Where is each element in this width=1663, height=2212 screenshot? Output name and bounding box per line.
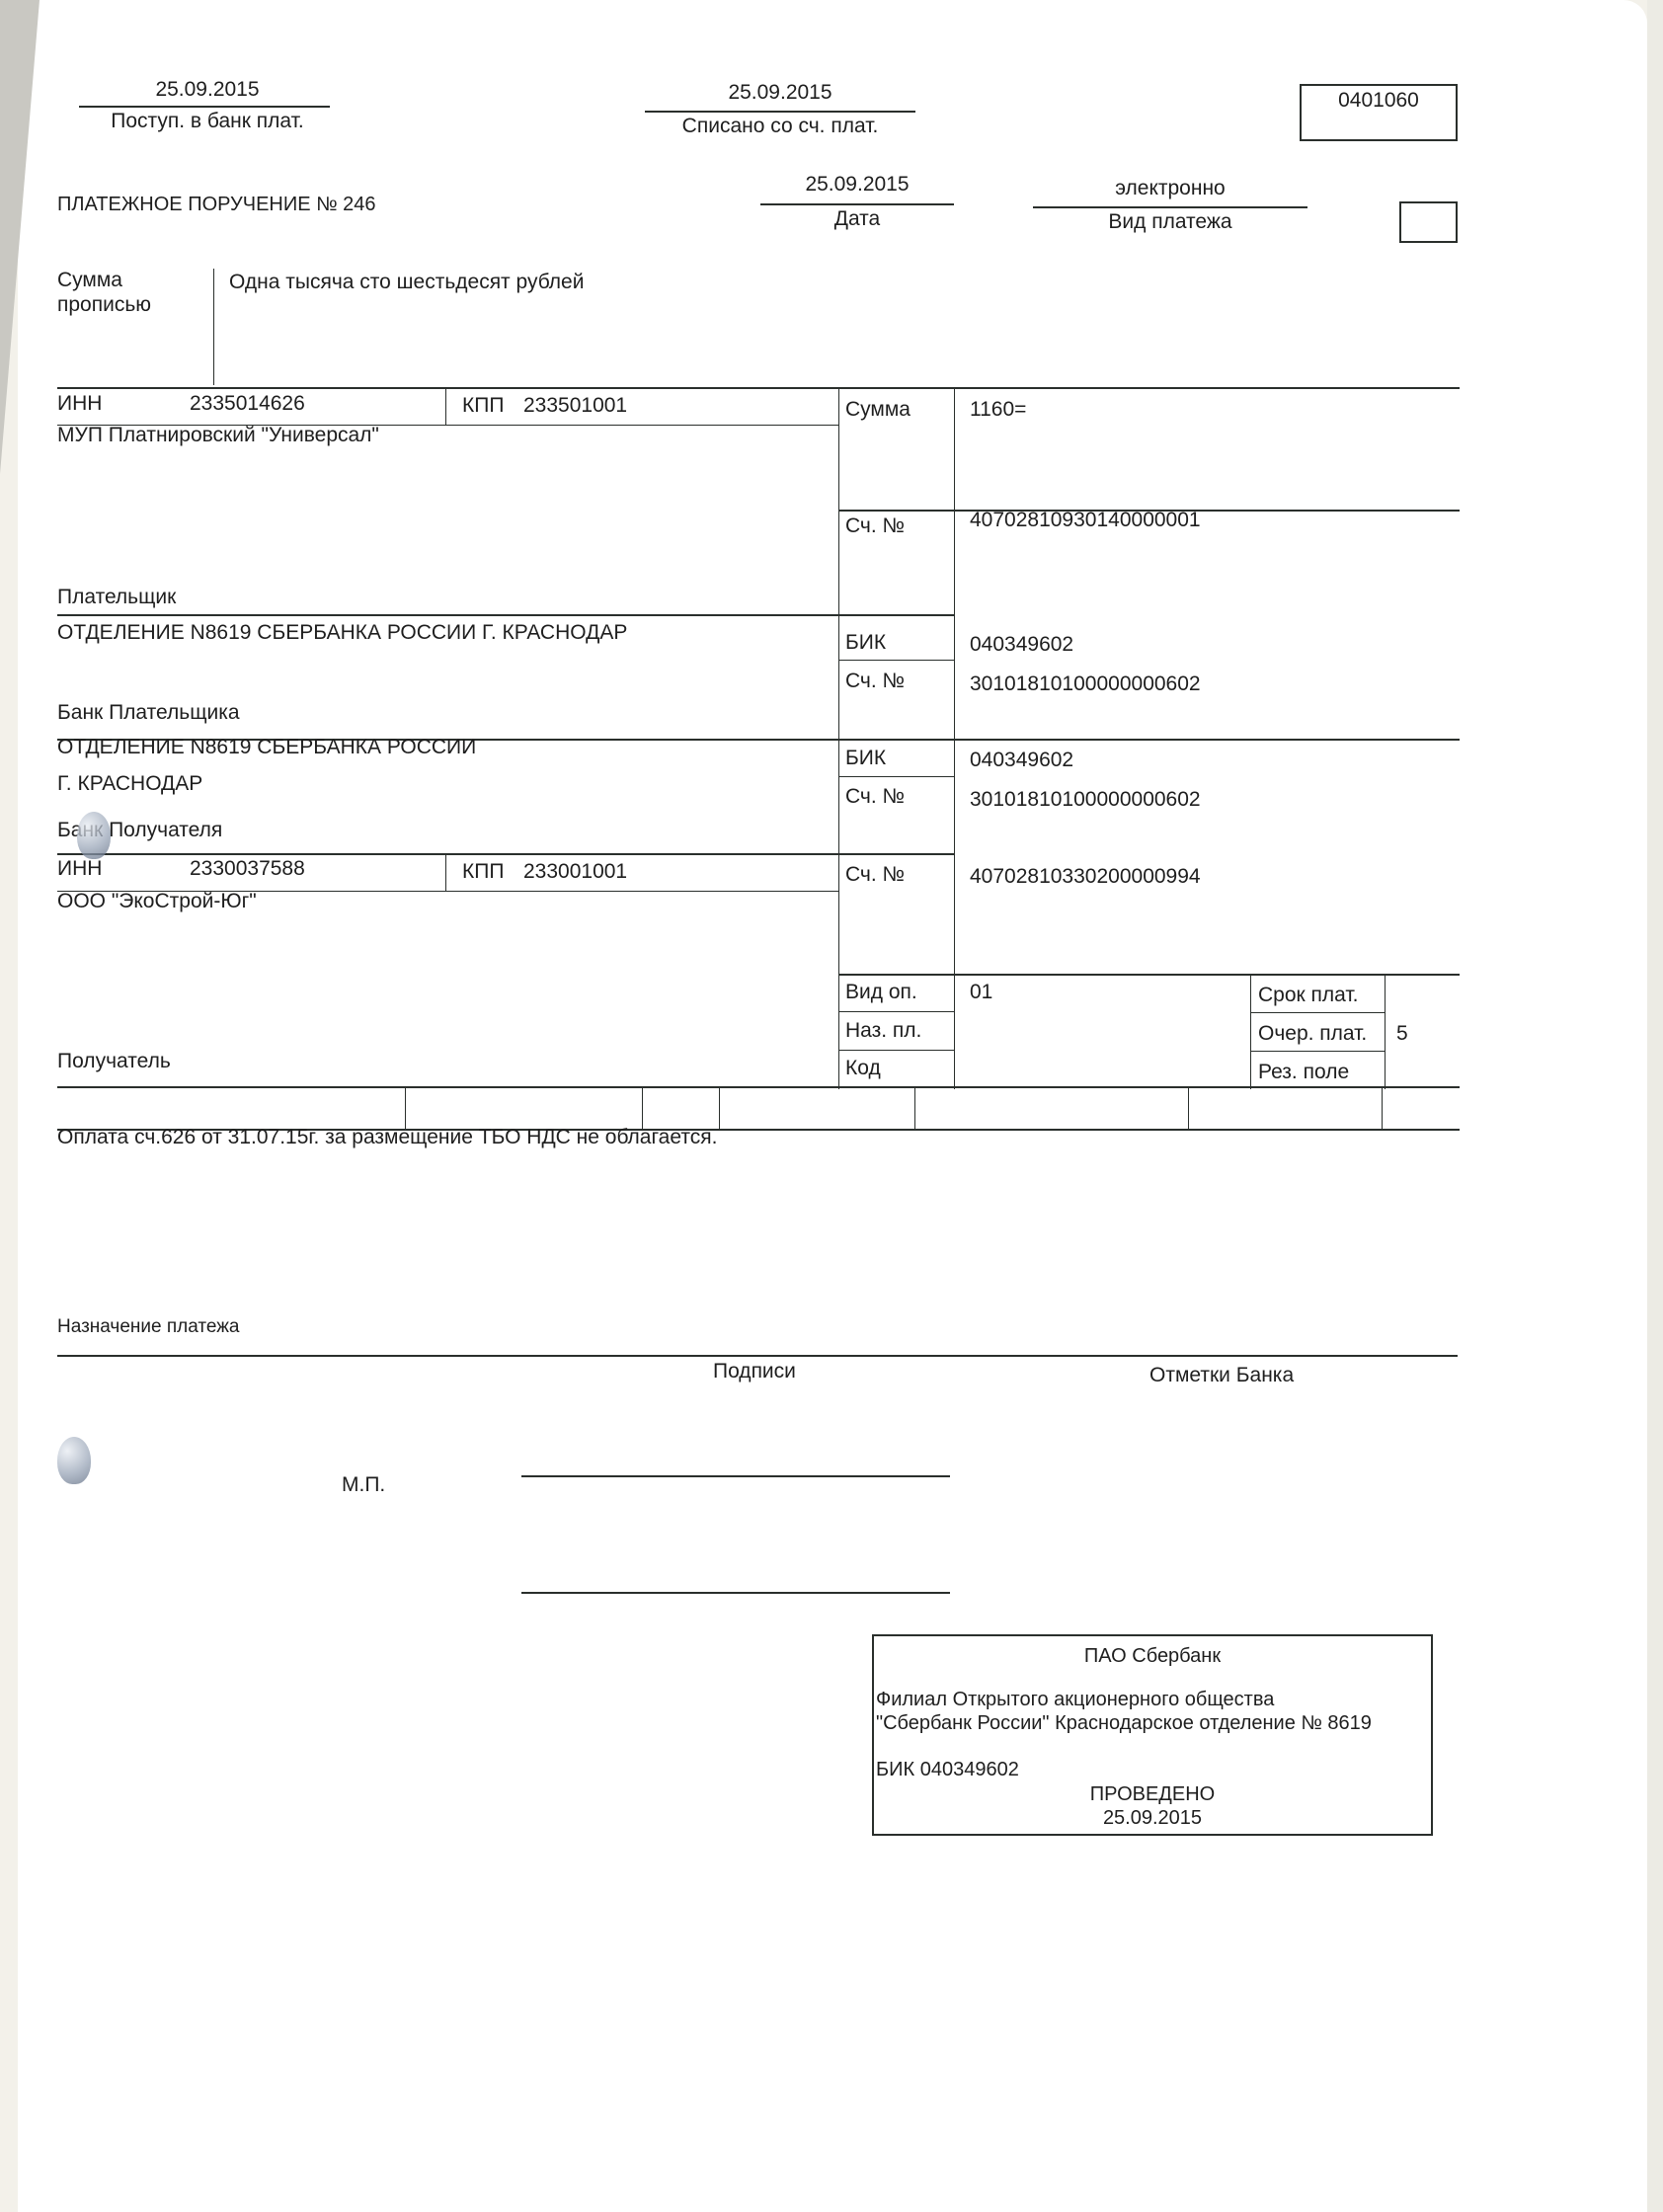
stamp-bank: ПАО Сбербанк bbox=[874, 1646, 1431, 1666]
grid-line bbox=[1382, 1087, 1383, 1129]
payee-inn-label: ИНН bbox=[57, 858, 102, 879]
stamp-branch-1: Филиал Открытого акционерного общества bbox=[876, 1690, 1274, 1709]
page-title: ПЛАТЕЖНОЕ ПОРУЧЕНИЕ № 246 bbox=[57, 195, 376, 214]
debited-underline bbox=[645, 111, 915, 113]
reserve-label: Рез. поле bbox=[1258, 1062, 1349, 1082]
payer-name: МУП Платнировский "Универсал" bbox=[57, 425, 379, 445]
payee-bank-name-1: ОТДЕЛЕНИЕ N8619 СБЕРБАНКА РОССИИ bbox=[57, 737, 476, 757]
op-type: 01 bbox=[970, 982, 992, 1002]
bank-logo-icon bbox=[77, 812, 111, 859]
grid-line bbox=[838, 776, 954, 777]
payer-account-label: Сч. № bbox=[845, 515, 905, 536]
stamp-place-label: М.П. bbox=[342, 1474, 385, 1495]
signature-line-1[interactable] bbox=[521, 1475, 950, 1477]
status-code-box bbox=[1399, 201, 1458, 243]
received-underline bbox=[79, 106, 330, 108]
priority-value: 5 bbox=[1396, 1023, 1408, 1044]
payer-role-label: Плательщик bbox=[57, 587, 176, 607]
payer-bank-account: 30101810100000000602 bbox=[970, 673, 1201, 694]
payee-bank-bik: 040349602 bbox=[970, 750, 1073, 770]
grid-line bbox=[445, 388, 446, 425]
document-sheet bbox=[18, 0, 1647, 2212]
payee-name: ООО "ЭкоСтрой-Юг" bbox=[57, 891, 257, 911]
payee-role-label: Получатель bbox=[57, 1051, 171, 1071]
grid-line bbox=[57, 614, 954, 616]
order-date-underline bbox=[760, 203, 954, 205]
received-label: Поступ. в банк плат. bbox=[83, 111, 332, 131]
debited-date: 25.09.2015 bbox=[645, 82, 915, 103]
purpose-code-label: Наз. пл. bbox=[845, 1020, 921, 1041]
sum-value: 1160= bbox=[970, 399, 1026, 420]
payer-bank-bik: 040349602 bbox=[970, 634, 1073, 655]
payee-bank-account: 30101810100000000602 bbox=[970, 789, 1201, 810]
payee-bank-name-2: Г. КРАСНОДАР bbox=[57, 773, 202, 794]
payer-bank-name: ОТДЕЛЕНИЕ N8619 СБЕРБАНКА РОССИИ Г. КРАС… bbox=[57, 622, 627, 643]
payer-inn: 2335014626 bbox=[190, 393, 305, 414]
grid-line bbox=[914, 1087, 915, 1129]
priority-label: Очер. плат. bbox=[1258, 1023, 1367, 1044]
payee-bank-bik-label: БИК bbox=[845, 748, 886, 768]
grid-line bbox=[57, 387, 1460, 389]
payer-bank-role-label: Банк Плательщика bbox=[57, 702, 240, 723]
payment-type-underline bbox=[1033, 206, 1307, 208]
purpose-label: Назначение платежа bbox=[57, 1317, 240, 1336]
payer-bank-bik-label: БИК bbox=[845, 632, 886, 653]
grid-line bbox=[445, 853, 446, 891]
stamp-status: ПРОВЕДЕНО bbox=[874, 1784, 1431, 1804]
payee-kpp: 233001001 bbox=[523, 861, 627, 882]
purpose-text: Оплата сч.626 от 31.07.15г. за размещени… bbox=[57, 1127, 717, 1147]
payer-kpp-label: КПП bbox=[462, 395, 504, 416]
payer-inn-label: ИНН bbox=[57, 393, 102, 414]
bank-marks-label: Отметки Банка bbox=[1149, 1365, 1294, 1385]
grid-line bbox=[1385, 975, 1386, 1089]
grid-line bbox=[719, 1087, 720, 1129]
payer-account: 40702810930140000001 bbox=[970, 510, 1201, 530]
payee-bank-account-label: Сч. № bbox=[845, 786, 905, 807]
purpose-underline bbox=[57, 1355, 1458, 1357]
grid-line bbox=[838, 1050, 954, 1051]
grid-line bbox=[838, 974, 1460, 976]
code-label: Код bbox=[845, 1058, 881, 1078]
grid-line bbox=[57, 853, 954, 855]
grid-line bbox=[642, 1087, 643, 1129]
received-date: 25.09.2015 bbox=[83, 79, 332, 100]
sum-label: Сумма bbox=[845, 399, 911, 420]
order-date: 25.09.2015 bbox=[760, 174, 954, 195]
bank-stamp: ПАО Сбербанк Филиал Открытого акционерно… bbox=[872, 1634, 1433, 1836]
amount-words-label-2: прописью bbox=[57, 294, 151, 315]
grid-line bbox=[1250, 1012, 1385, 1013]
payer-kpp: 233501001 bbox=[523, 395, 627, 416]
payee-account: 40702810330200000994 bbox=[970, 866, 1201, 887]
term-label: Срок плат. bbox=[1258, 985, 1359, 1005]
scan-edge bbox=[1647, 0, 1663, 2212]
amount-words-label-1: Сумма bbox=[57, 270, 122, 290]
grid-line bbox=[1250, 975, 1251, 1089]
payment-type: электронно bbox=[1033, 178, 1307, 198]
amount-words-divider bbox=[213, 269, 214, 385]
payee-kpp-label: КПП bbox=[462, 861, 504, 882]
grid-line bbox=[405, 1087, 406, 1129]
scan-fold-shadow bbox=[0, 0, 40, 474]
grid-line bbox=[1188, 1087, 1189, 1129]
form-code: 0401060 bbox=[1302, 90, 1456, 111]
stamp-bik: БИК 040349602 bbox=[876, 1760, 1019, 1779]
amount-words-value: Одна тысяча сто шестьдесят рублей bbox=[229, 272, 584, 292]
order-date-label: Дата bbox=[760, 208, 954, 229]
stamp-date: 25.09.2015 bbox=[874, 1808, 1431, 1828]
bank-logo-icon bbox=[57, 1437, 91, 1484]
op-type-label: Вид оп. bbox=[845, 982, 917, 1002]
grid-line bbox=[57, 1086, 1460, 1088]
payer-bank-account-label: Сч. № bbox=[845, 671, 905, 691]
payee-account-label: Сч. № bbox=[845, 864, 905, 885]
debited-label: Списано со сч. плат. bbox=[645, 116, 915, 136]
payment-type-label: Вид платежа bbox=[1033, 211, 1307, 232]
payee-inn: 2330037588 bbox=[190, 858, 305, 879]
grid-line bbox=[838, 660, 954, 661]
grid-line bbox=[1250, 1051, 1385, 1052]
grid-line bbox=[838, 1011, 954, 1012]
signatures-label: Подписи bbox=[713, 1361, 796, 1382]
stamp-branch-2: "Сбербанк России" Краснодарское отделени… bbox=[876, 1713, 1372, 1733]
form-code-box: 0401060 bbox=[1300, 84, 1458, 141]
signature-line-2[interactable] bbox=[521, 1592, 950, 1594]
